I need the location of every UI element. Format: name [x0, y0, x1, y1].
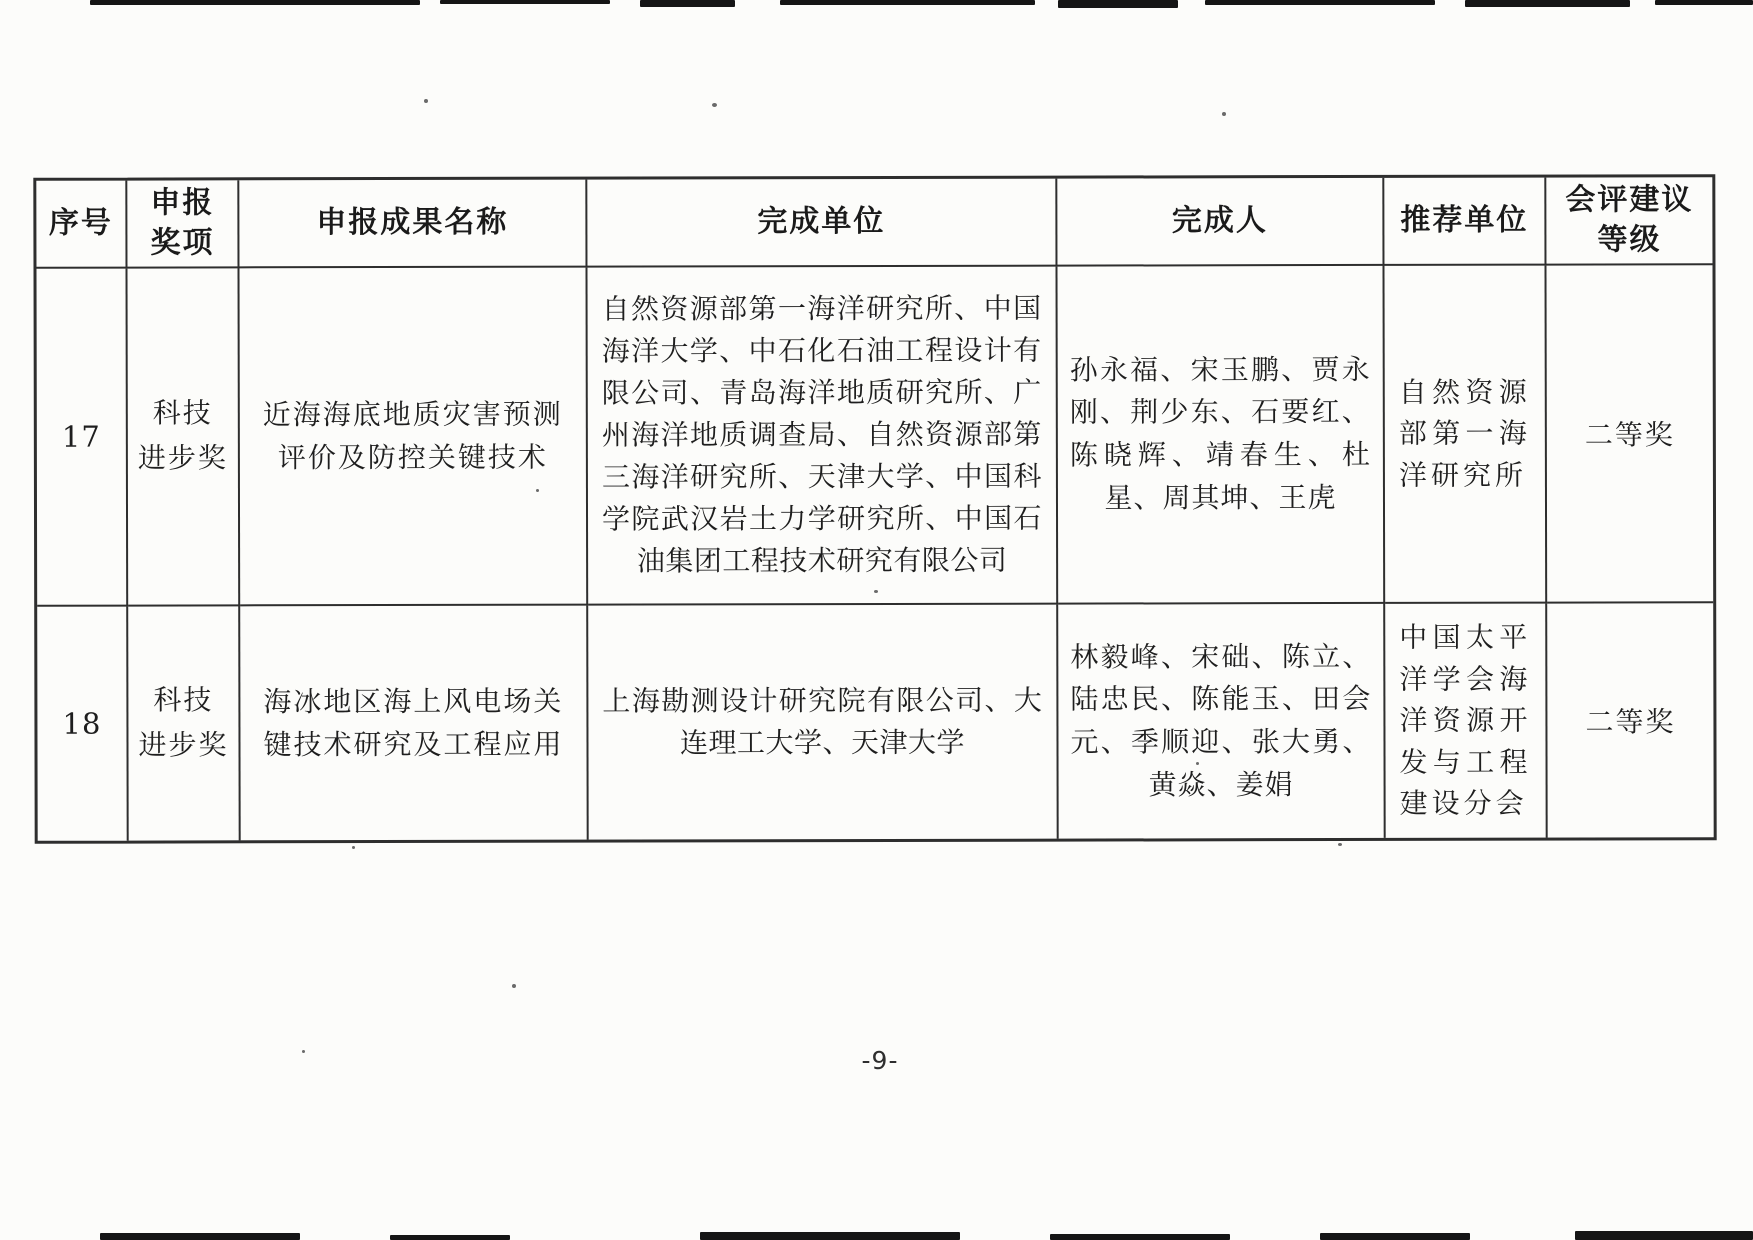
column-header-award: 申报 奖项 — [127, 180, 239, 268]
row-17-people: 孙永福、宋玉鹏、贾永刚、荆少东、石要红、陈晓辉、靖春生、杜星、周其坤、王虎 — [1057, 266, 1385, 605]
scan-artifact — [1205, 0, 1435, 5]
column-header-achievement: 申报成果名称 — [239, 180, 587, 269]
scan-artifact — [1320, 1233, 1470, 1240]
scan-artifact — [1655, 0, 1753, 5]
row-18-people-text: 林毅峰、宋础、陈立、陆忠民、陈能玉、田会元、季顺迎、张大勇、黄焱、姜娟 — [1070, 636, 1371, 807]
column-header-seq: 序号 — [36, 181, 127, 269]
row-17-organizations: 自然资源部第一海洋研究所、中国海洋大学、中石化石油工程设计有限公司、青岛海洋地质… — [587, 267, 1058, 606]
scan-artifact — [700, 1232, 960, 1240]
row-18-recommender-text: 中国太平洋学会海洋资源开发与工程建设分会 — [1399, 617, 1531, 824]
column-header-organizations: 完成单位 — [587, 179, 1057, 268]
column-header-people: 完成人 — [1057, 178, 1384, 267]
column-header-grade: 会评建议 等级 — [1546, 177, 1712, 265]
scan-speck — [424, 99, 428, 103]
scan-speck — [1222, 112, 1226, 116]
row-18-seq: 18 — [37, 607, 128, 841]
row-18-award: 科技 进步奖 — [128, 606, 240, 840]
row-17-award: 科技 进步奖 — [127, 268, 240, 606]
row-17-people-text: 孙永福、宋玉鹏、贾永刚、荆少东、石要红、陈晓辉、靖春生、杜星、周其坤、王虎 — [1070, 349, 1371, 520]
row-17-achievement: 近海海底地质灾害预测评价及防控关键技术 — [239, 268, 588, 607]
scan-artifact — [1050, 1234, 1230, 1240]
row-18-organizations: 上海勘测设计研究院有限公司、大连理工大学、天津大学 — [588, 605, 1058, 840]
scan-artifact — [1058, 0, 1178, 8]
column-header-recommender: 推荐单位 — [1384, 178, 1546, 266]
row-17-grade: 二等奖 — [1546, 265, 1713, 603]
scan-speck — [712, 103, 717, 107]
scan-speck — [1338, 843, 1342, 846]
scan-artifact — [1575, 1231, 1753, 1240]
row-17-organizations-text: 自然资源部第一海洋研究所、中国海洋大学、中石化石油工程设计有限公司、青岛海洋地质… — [602, 288, 1043, 583]
scan-artifact — [640, 0, 735, 7]
awards-table: 序号 申报 奖项 申报成果名称 完成单位 完成人 推荐单位 会评建议 等级 17… — [33, 174, 1716, 844]
scan-speck — [302, 1050, 305, 1053]
scan-artifact — [780, 0, 1035, 5]
scan-speck — [512, 984, 516, 988]
scan-speck — [352, 846, 355, 849]
row-17-recommender-text: 自然资源部第一海洋研究所 — [1399, 371, 1531, 496]
row-18-recommender: 中国太平洋学会海洋资源开发与工程建设分会 — [1385, 604, 1547, 838]
row-18-organizations-text: 上海勘测设计研究院有限公司、大连理工大学、天津大学 — [602, 680, 1042, 765]
row-18-grade: 二等奖 — [1547, 603, 1713, 837]
row-18-achievement: 海冰地区海上风电场关键技术研究及工程应用 — [240, 606, 588, 841]
row-17-achievement-text: 近海海底地质灾害预测评价及防控关键技术 — [258, 392, 568, 479]
scanned-document-page: 序号 申报 奖项 申报成果名称 完成单位 完成人 推荐单位 会评建议 等级 17… — [0, 0, 1753, 1240]
row-17-seq: 17 — [36, 269, 128, 607]
row-18-achievement-text: 海冰地区海上风电场关键技术研究及工程应用 — [258, 679, 568, 766]
scan-artifact — [90, 0, 420, 5]
scan-artifact — [390, 1235, 510, 1240]
scan-artifact — [100, 1233, 300, 1240]
scan-artifact — [1465, 0, 1630, 7]
row-18-people: 林毅峰、宋础、陈立、陆忠民、陈能玉、田会元、季顺迎、张大勇、黄焱、姜娟 — [1058, 604, 1385, 839]
scan-artifact — [440, 0, 610, 4]
row-17-recommender: 自然资源部第一海洋研究所 — [1384, 266, 1547, 604]
page-number: -9- — [820, 1046, 940, 1075]
